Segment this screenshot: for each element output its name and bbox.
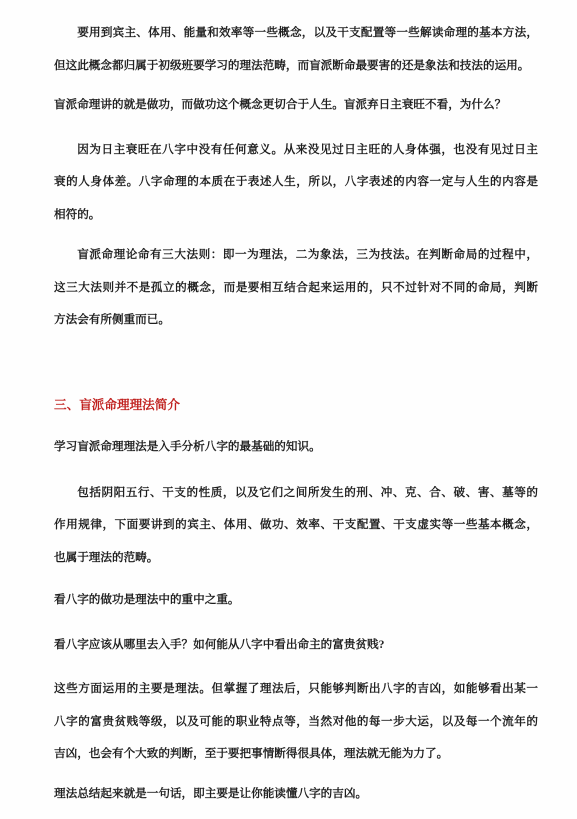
text-line: 方法会有所侧重而已。	[54, 304, 538, 337]
text-line: 这三大法则并不是孤立的概念，而是要相互结合起来运用的，只不过针对不同的命局，判断	[54, 272, 538, 305]
paragraph: 包括阴阳五行、干支的性质，以及它们之间所发生的刑、冲、克、合、破、害、墓等的 作…	[54, 477, 538, 575]
text-line: 看八字应该从哪里去入手？如何能从八字中看出命主的富贵贫贱?	[54, 629, 538, 662]
text-line: 盲派命理论命有三大法则：即一为理法，二为象法，三为技法。在判断命局的过程中，	[54, 239, 538, 272]
document-page: 要用到宾主、体用、能量和效率等一些概念，以及干支配置等一些解读命理的基本方法， …	[0, 0, 577, 819]
paragraph: 因为日主衰旺在八字中没有任何意义。从来没见过日主旺的人身体强，也没有见过日主 衰…	[54, 134, 538, 232]
text-line: 盲派命理讲的就是做功，而做功这个概念更切合于人生。盲派弃日主衰旺不看，为什么？	[54, 89, 538, 122]
paragraph: 学习盲派命理理法是入手分析八字的最基础的知识。	[54, 431, 538, 464]
paragraph: 盲派命理讲的就是做功，而做功这个概念更切合于人生。盲派弃日主衰旺不看，为什么？	[54, 89, 538, 122]
text-line: 要用到宾主、体用、能量和效率等一些概念，以及干支配置等一些解读命理的基本方法，	[54, 17, 538, 50]
section-heading: 三、盲派命理理法简介	[54, 389, 538, 422]
paragraph: 这些方面运用的主要是理法。但掌握了理法后，只能够判断出八字的吉凶，如能够看出某一…	[54, 673, 538, 771]
text-line: 包括阴阳五行、干支的性质，以及它们之间所发生的刑、冲、克、合、破、害、墓等的	[54, 477, 538, 510]
text-line: 这些方面运用的主要是理法。但掌握了理法后，只能够判断出八字的吉凶，如能够看出某一	[54, 673, 538, 706]
text-line: 也属于理法的范畴。	[54, 542, 538, 575]
paragraph: 理法总结起来就是一句话，即主要是让你能读懂八字的吉凶。	[54, 778, 538, 811]
text-line: 学习盲派命理理法是入手分析八字的最基础的知识。	[54, 431, 538, 464]
paragraph: 看八字应该从哪里去入手？如何能从八字中看出命主的富贵贫贱?	[54, 629, 538, 662]
paragraph: 盲派命理论命有三大法则：即一为理法，二为象法，三为技法。在判断命局的过程中， 这…	[54, 239, 538, 337]
text-line: 理法总结起来就是一句话，即主要是让你能读懂八字的吉凶。	[54, 778, 538, 811]
text-line: 但这此概念都归属于初级班要学习的理法范畴，而盲派断命最要害的还是象法和技法的运用…	[54, 50, 538, 83]
paragraph: 看八字的做功是理法中的重中之重。	[54, 584, 538, 617]
text-line: 看八字的做功是理法中的重中之重。	[54, 584, 538, 617]
text-line: 八字的富贵贫贱等级，以及可能的职业特点等，当然对他的每一步大运，以及每一个流年的	[54, 706, 538, 739]
paragraph: 要用到宾主、体用、能量和效率等一些概念，以及干支配置等一些解读命理的基本方法， …	[54, 17, 538, 82]
text-line: 作用规律，下面要讲到的宾主、体用、做功、效率、干支配置、干支虚实等一些基本概念，	[54, 509, 538, 542]
section-heading-text: 三、盲派命理理法简介	[54, 389, 538, 422]
text-line: 因为日主衰旺在八字中没有任何意义。从来没见过日主旺的人身体强，也没有见过日主	[54, 134, 538, 167]
text-line: 吉凶，也会有个大致的判断，至于要把事情断得很具体，理法就无能为力了。	[54, 738, 538, 771]
text-line: 相符的。	[54, 199, 538, 232]
text-line: 衰的人身体差。八字命理的本质在于表述人生，所以，八字表述的内容一定与人生的内容是	[54, 166, 538, 199]
